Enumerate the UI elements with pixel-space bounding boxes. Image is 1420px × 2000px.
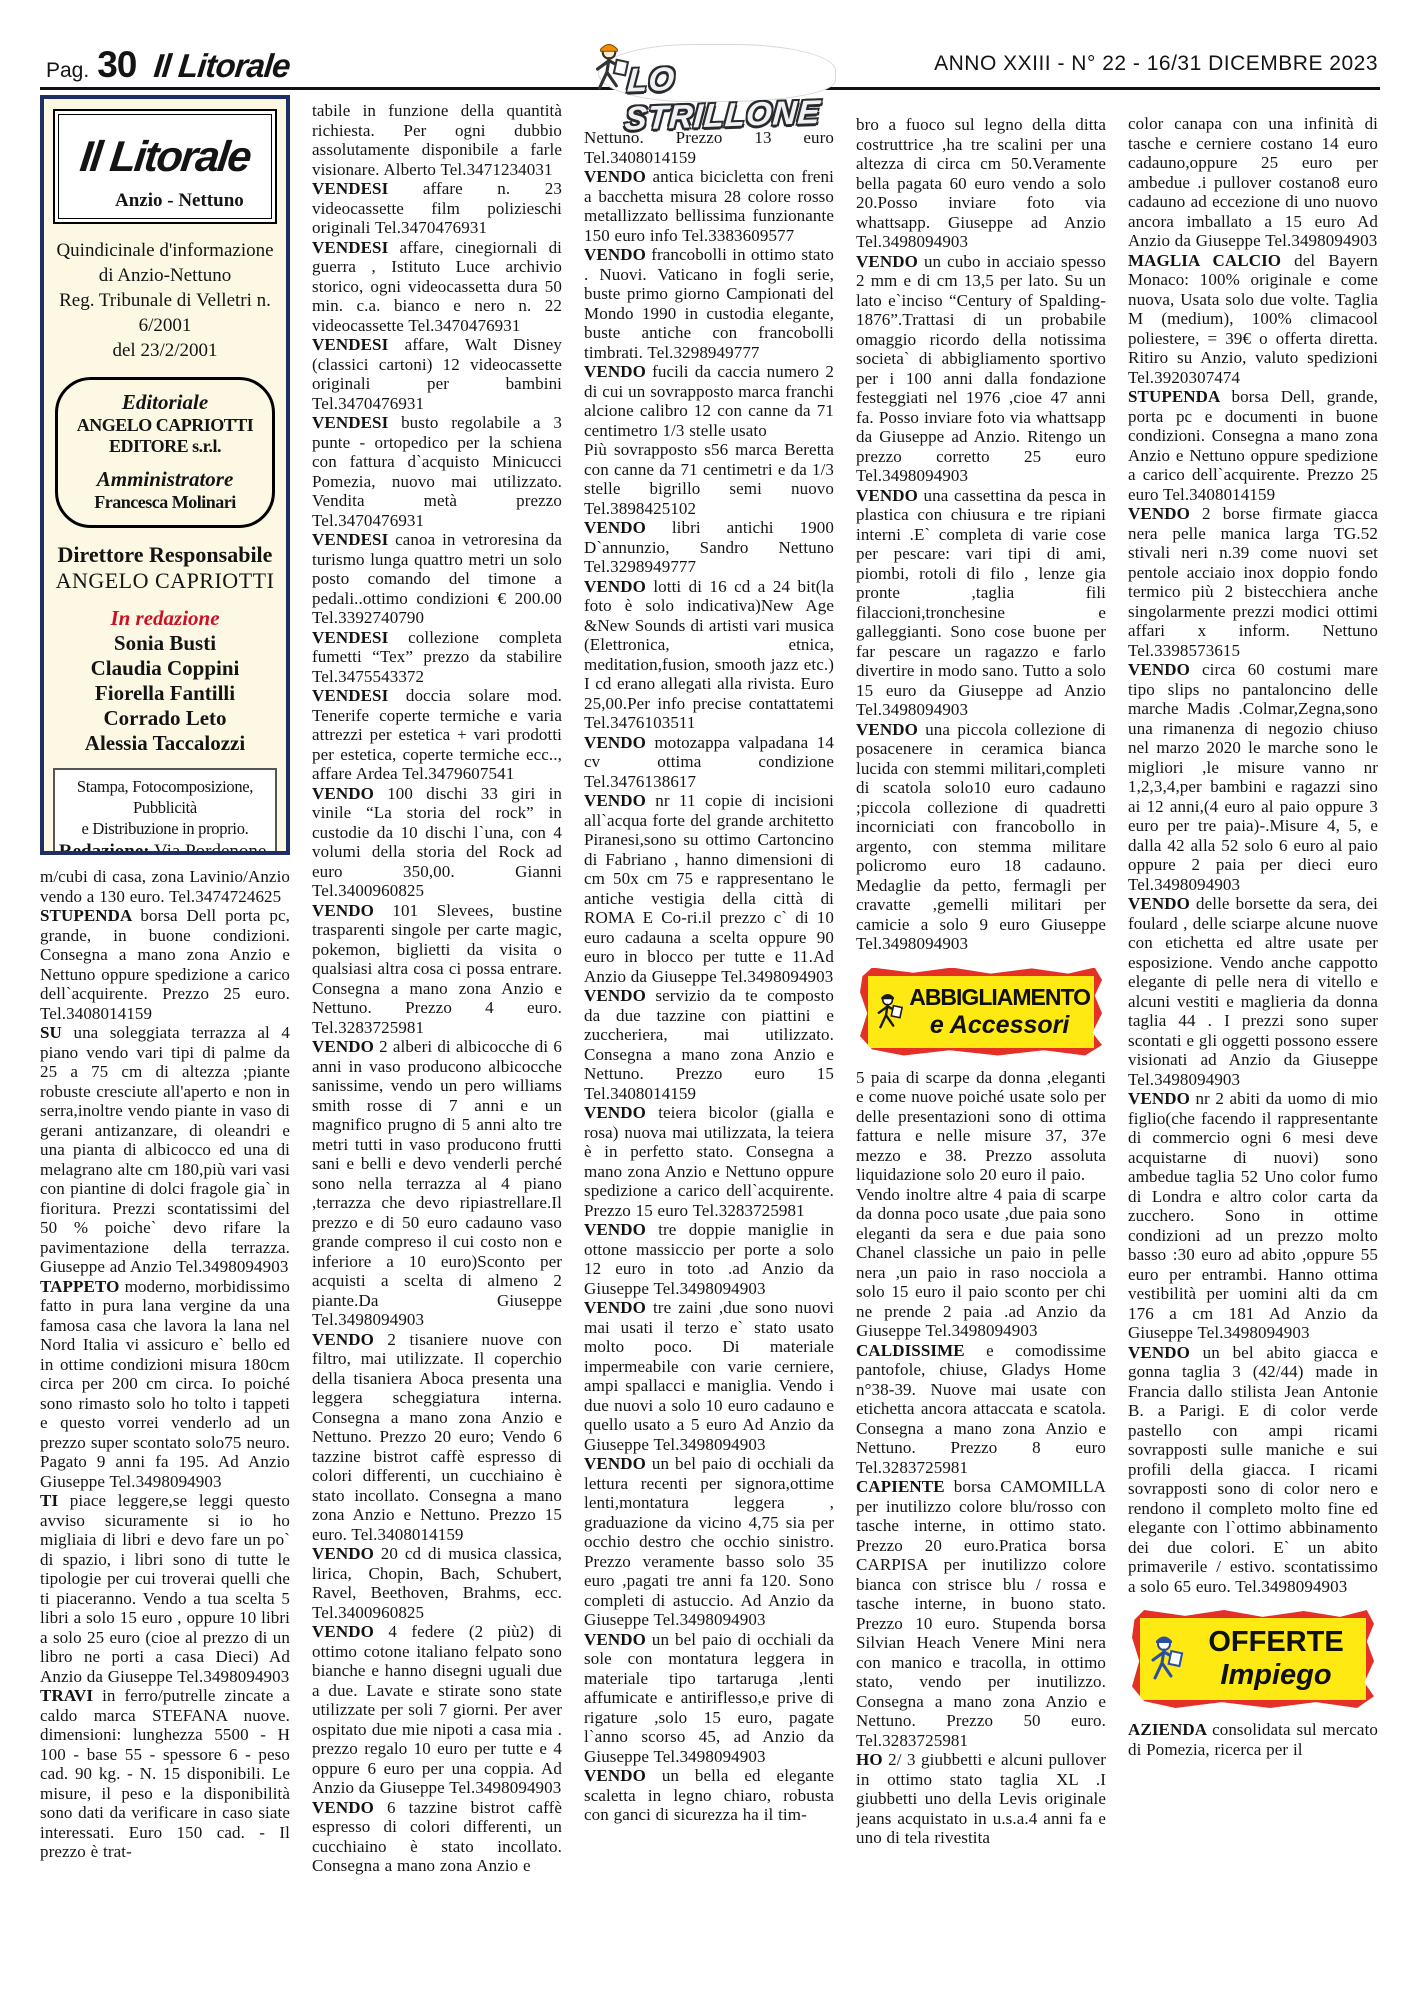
- classified-ad: m/cubi di casa, zona Lavinio/Anzio vendo…: [40, 867, 290, 906]
- page-label: Pag.: [46, 59, 89, 83]
- ad-lead: VENDO: [584, 167, 652, 186]
- newsboy-icon: [586, 40, 632, 96]
- classified-ad: VENDO antica bicicletta con freni a bacc…: [584, 167, 834, 245]
- strillone-logo: LO STRILLONE: [568, 26, 838, 108]
- classified-ad: VENDO 20 cd di musica classica, lirica, …: [312, 1544, 562, 1622]
- ad-lead: VENDESI: [312, 413, 401, 432]
- newsboy-icon: [1142, 1632, 1186, 1686]
- ad-lead: VENDESI: [312, 686, 406, 705]
- ad-lead: VENDO: [584, 518, 672, 537]
- ad-lead: TRAVI: [40, 1686, 102, 1705]
- classified-ad: VENDO delle borsette da sera, dei foular…: [1128, 894, 1378, 1089]
- ad-lead: VENDESI: [312, 628, 408, 647]
- classified-ad: VENDO 4 federe (2 più2) di ottimo cotone…: [312, 1622, 562, 1798]
- ad-lead: VENDO: [584, 577, 653, 596]
- masthead-subtitle: Anzio - Nettuno: [59, 190, 271, 212]
- ad-lead: CAPIENTE: [856, 1477, 954, 1496]
- classified-ad: VENDO 2 tisaniere nuove con filtro, mai …: [312, 1330, 562, 1545]
- text-line: Reg. Tribunale di Velletri n. 6/2001: [53, 288, 277, 338]
- ad-lead: VENDO: [856, 486, 924, 505]
- contact-lines: Redazione: Via Pordenone, 1700071 Pomezi…: [56, 839, 274, 855]
- newspaper-page: Pag. 30 Il Litorale LO STRILLONE ANNO XX…: [0, 0, 1420, 2000]
- ad-lead: VENDO: [312, 1544, 381, 1563]
- ad-lead: VENDO: [584, 986, 655, 1005]
- column-4: bro a fuoco sul legno della ditta costru…: [856, 95, 1106, 1995]
- ad-lead: VENDESI: [312, 530, 395, 549]
- ad-lead: MAGLIA CALCIO: [1128, 251, 1294, 270]
- paper-title: Il Litorale: [152, 47, 292, 85]
- classified-ad: Vendo inoltre altre 4 paia di scarpe da …: [856, 1185, 1106, 1341]
- text-line: Quindicinale d'informazione: [53, 238, 277, 263]
- column-3: Nettuno. Prezzo 13 euro Tel.3408014159VE…: [584, 95, 834, 1995]
- classified-ad: VENDO 6 tazzine bistrot caffè espresso d…: [312, 1798, 562, 1876]
- classified-ad: TI piace leggere,se leggi questo avviso …: [40, 1491, 290, 1686]
- classified-ad: VENDO francobolli in ottimo stato . Nuov…: [584, 245, 834, 362]
- page-number: 30: [97, 44, 136, 86]
- classified-ad: VENDO libri antichi 1900 D`annunzio, San…: [584, 518, 834, 577]
- ad-lead: VENDO: [584, 1630, 652, 1649]
- classified-ad: CAPIENTE borsa CAMOMILLA per inutilizzo …: [856, 1477, 1106, 1750]
- ad-lead: VENDO: [856, 720, 925, 739]
- ad-lead: VENDO: [1128, 1089, 1195, 1108]
- classified-ad: 5 paia di scarpe da donna ,eleganti e co…: [856, 1068, 1106, 1185]
- column-2: tabile in funzione della quantità richie…: [312, 95, 562, 1995]
- director-label: Direttore Responsabile: [53, 542, 277, 568]
- print-lines: Stampa, Fotocomposizione, Pubblicitàe Di…: [56, 776, 274, 839]
- text-line: Sonia Busti: [53, 631, 277, 656]
- classified-ad: VENDESI affare, Walt Disney (classici ca…: [312, 335, 562, 413]
- category-subtitle: Impiego: [1190, 1659, 1362, 1692]
- classified-ad: VENDESI doccia solare mod. Tenerife cope…: [312, 686, 562, 784]
- classified-ad: color canapa con una infinità di tasche …: [1128, 114, 1378, 251]
- classified-ad: VENDESI affare, cinegiornali di guerra ,…: [312, 238, 562, 336]
- ad-lead: VENDO: [584, 1220, 658, 1239]
- category-title: OFFERTE: [1190, 1626, 1362, 1659]
- masthead-box: Il Litorale Anzio - Nettuno Quindicinale…: [40, 95, 290, 855]
- masthead-title: Il Litorale: [56, 133, 274, 182]
- ad-lead: VENDESI: [312, 335, 405, 354]
- redazione-label: In redazione: [53, 606, 277, 631]
- classified-ad: tabile in funzione della quantità richie…: [312, 101, 562, 179]
- ad-lead: SU: [40, 1023, 73, 1042]
- ad-lead: VENDO: [856, 252, 924, 271]
- columns-container: Il Litorale Anzio - Nettuno Quindicinale…: [40, 95, 1380, 1995]
- ad-lead: VENDO: [312, 1622, 388, 1641]
- classified-ad: MAGLIA CALCIO del Bayern Monaco: 100% or…: [1128, 251, 1378, 388]
- ad-lead: VENDO: [1128, 660, 1202, 679]
- classified-ad: CALDISSIME e comodissime pantofole, chiu…: [856, 1341, 1106, 1478]
- ad-lead: VENDESI: [312, 238, 400, 257]
- classified-ad: VENDO 2 borse firmate giacca nera pelle …: [1128, 504, 1378, 660]
- issue-line: ANNO XXIII - N° 22 - 16/31 DICEMBRE 2023: [934, 52, 1378, 76]
- category-box-abbigliamento: ABBIGLIAMENTO e Accessori: [860, 968, 1102, 1056]
- classified-ad: VENDESI collezione completa fumetti “Tex…: [312, 628, 562, 687]
- ad-lead: STUPENDA: [40, 906, 140, 925]
- classified-ad: VENDO lotti di 16 cd a 24 bit(la foto è …: [584, 577, 834, 733]
- classified-ad: VENDESI busto regolabile a 3 punte - ort…: [312, 413, 562, 530]
- classified-ad: VENDESI affare n. 23 videocassette film …: [312, 179, 562, 238]
- ad-lead: TAPPETO: [40, 1277, 125, 1296]
- classified-ad: AZIENDA consolidata sul mercato di Pomez…: [1128, 1720, 1378, 1759]
- ad-lead: VENDO: [1128, 1343, 1203, 1362]
- classified-ad: VENDO servizio da te composto da due taz…: [584, 986, 834, 1103]
- ad-lead: VENDO: [584, 245, 651, 264]
- classified-ad: SU una soleggiata terrazza al 4 piano ve…: [40, 1023, 290, 1277]
- director-name: ANGELO CAPRIOTTI: [53, 568, 277, 594]
- ad-lead: AZIENDA: [1128, 1720, 1212, 1739]
- ad-lead: VENDO: [312, 1330, 387, 1349]
- text-line: Fiorella Fantilli: [53, 681, 277, 706]
- ad-lead: HO: [856, 1750, 888, 1769]
- classified-ad: VENDO un bel paio di occhiali da sole co…: [584, 1630, 834, 1767]
- classified-ad: TRAVI in ferro/putrelle zincate a caldo …: [40, 1686, 290, 1862]
- classified-ad: STUPENDA borsa Dell, grande, porta pc e …: [1128, 387, 1378, 504]
- ad-lead: VENDO: [312, 1037, 379, 1056]
- ad-lead: VENDO: [1128, 894, 1196, 913]
- editorial-label: Editoriale: [60, 390, 270, 415]
- classified-ad: VENDO teiera bicolor (gialla e rosa) nuo…: [584, 1103, 834, 1220]
- text-line: Claudia Coppini: [53, 656, 277, 681]
- ad-lead: VENDO: [1128, 504, 1202, 523]
- masthead-info-box: Stampa, Fotocomposizione, Pubblicitàe Di…: [53, 768, 277, 855]
- classified-ad: VENDO una piccola collezione di posacene…: [856, 720, 1106, 954]
- text-line: Stampa, Fotocomposizione, Pubblicità: [56, 776, 274, 818]
- masthead-title-box: Il Litorale Anzio - Nettuno: [53, 109, 277, 224]
- ad-lead: STUPENDA: [1128, 387, 1231, 406]
- ad-lead: VENDO: [584, 1766, 662, 1785]
- header-left: Pag. 30 Il Litorale: [46, 44, 290, 86]
- classified-ad: HO 2/ 3 giubbetti e alcuni pullover in o…: [856, 1750, 1106, 1848]
- text-line: e Distribuzione in proprio.: [56, 818, 274, 839]
- classified-ad: TAPPETO moderno, morbidissimo fatto in p…: [40, 1277, 290, 1492]
- editorial-name: ANGELO CAPRIOTTI EDITORE s.r.l.: [60, 415, 270, 457]
- ad-lead: VENDO: [584, 1298, 653, 1317]
- classified-ad: VENDO circa 60 costumi mare tipo slips n…: [1128, 660, 1378, 894]
- column-5: color canapa con una infinità di tasche …: [1128, 95, 1378, 1995]
- classified-ad: VENDO tre zaini ,due sono nuovi mai usat…: [584, 1298, 834, 1454]
- classified-ad: VENDESI canoa in vetroresina da turismo …: [312, 530, 562, 628]
- classified-ad: VENDO fucili da caccia numero 2 di cui u…: [584, 362, 834, 440]
- classified-ad: VENDO motozappa valpadana 14 cv ottima c…: [584, 733, 834, 792]
- masthead-tagline: Quindicinale d'informazionedi Anzio-Nett…: [53, 238, 277, 363]
- ad-lead: VENDO: [584, 362, 652, 381]
- classified-ad: VENDO nr 11 copie di incisioni all`acqua…: [584, 791, 834, 986]
- ad-lead: VENDO: [312, 901, 392, 920]
- classified-ad: VENDO un bel abito giacca e gonna taglia…: [1128, 1343, 1378, 1597]
- ad-lead: CALDISSIME: [856, 1341, 986, 1360]
- text-line: Corrado Leto: [53, 706, 277, 731]
- classified-ad: STUPENDA borsa Dell porta pc, grande, in…: [40, 906, 290, 1023]
- classified-ad: VENDO 101 Slevees, bustine trasparenti s…: [312, 901, 562, 1038]
- ad-lead: VENDO: [584, 1103, 658, 1122]
- editorial-box: Editoriale ANGELO CAPRIOTTI EDITORE s.r.…: [55, 377, 275, 528]
- ad-lead: TI: [40, 1491, 70, 1510]
- redazione-block: In redazione Sonia BustiClaudia CoppiniF…: [53, 606, 277, 756]
- redazione-names: Sonia BustiClaudia CoppiniFiorella Fanti…: [53, 631, 277, 756]
- category-box-impiego: OFFERTE Impiego: [1132, 1610, 1374, 1708]
- director-block: Direttore Responsabile ANGELO CAPRIOTTI: [53, 542, 277, 594]
- text-line: di Anzio-Nettuno: [53, 263, 277, 288]
- ad-lead: VENDO: [312, 784, 387, 803]
- classified-ad: VENDO una cassettina da pesca in plastic…: [856, 486, 1106, 720]
- category-subtitle: e Accessori: [909, 1011, 1090, 1040]
- column-1: Il Litorale Anzio - Nettuno Quindicinale…: [40, 95, 290, 1995]
- classified-ad: Più sovrapposto s56 marca Beretta con ca…: [584, 440, 834, 518]
- classified-ad: VENDO 100 dischi 33 giri in vinile “La s…: [312, 784, 562, 901]
- logo-title: LO STRILLONE: [623, 54, 840, 138]
- ad-lead: VENDO: [312, 1798, 387, 1817]
- ad-lead: VENDO: [584, 1454, 652, 1473]
- ad-lead: VENDO: [584, 733, 654, 752]
- classified-ad: VENDO 2 alberi di albicocche di 6 anni i…: [312, 1037, 562, 1330]
- classified-ad: VENDO un bella ed elegante scaletta in l…: [584, 1766, 834, 1825]
- classified-ad: VENDO un cubo in acciaio spesso 2 mm e d…: [856, 252, 1106, 486]
- ad-lead: VENDESI: [312, 179, 423, 198]
- classified-ad: VENDO nr 2 abiti da uomo di mio figlio(c…: [1128, 1089, 1378, 1343]
- admin-label: Amministratore: [60, 467, 270, 492]
- classified-ad: VENDO tre doppie maniglie in ottone mass…: [584, 1220, 834, 1298]
- ad-lead: VENDO: [584, 791, 655, 810]
- text-line: Alessia Taccalozzi: [53, 731, 277, 756]
- admin-name: Francesca Molinari: [60, 492, 270, 513]
- contact-line: Redazione: Via Pordenone, 17: [56, 839, 274, 855]
- newsboy-icon: [870, 985, 905, 1039]
- classified-ad: bro a fuoco sul legno della ditta costru…: [856, 115, 1106, 252]
- classified-ad: VENDO un bel paio di occhiali da lettura…: [584, 1454, 834, 1630]
- category-title: ABBIGLIAMENTO: [909, 984, 1090, 1011]
- text-line: del 23/2/2001: [53, 338, 277, 363]
